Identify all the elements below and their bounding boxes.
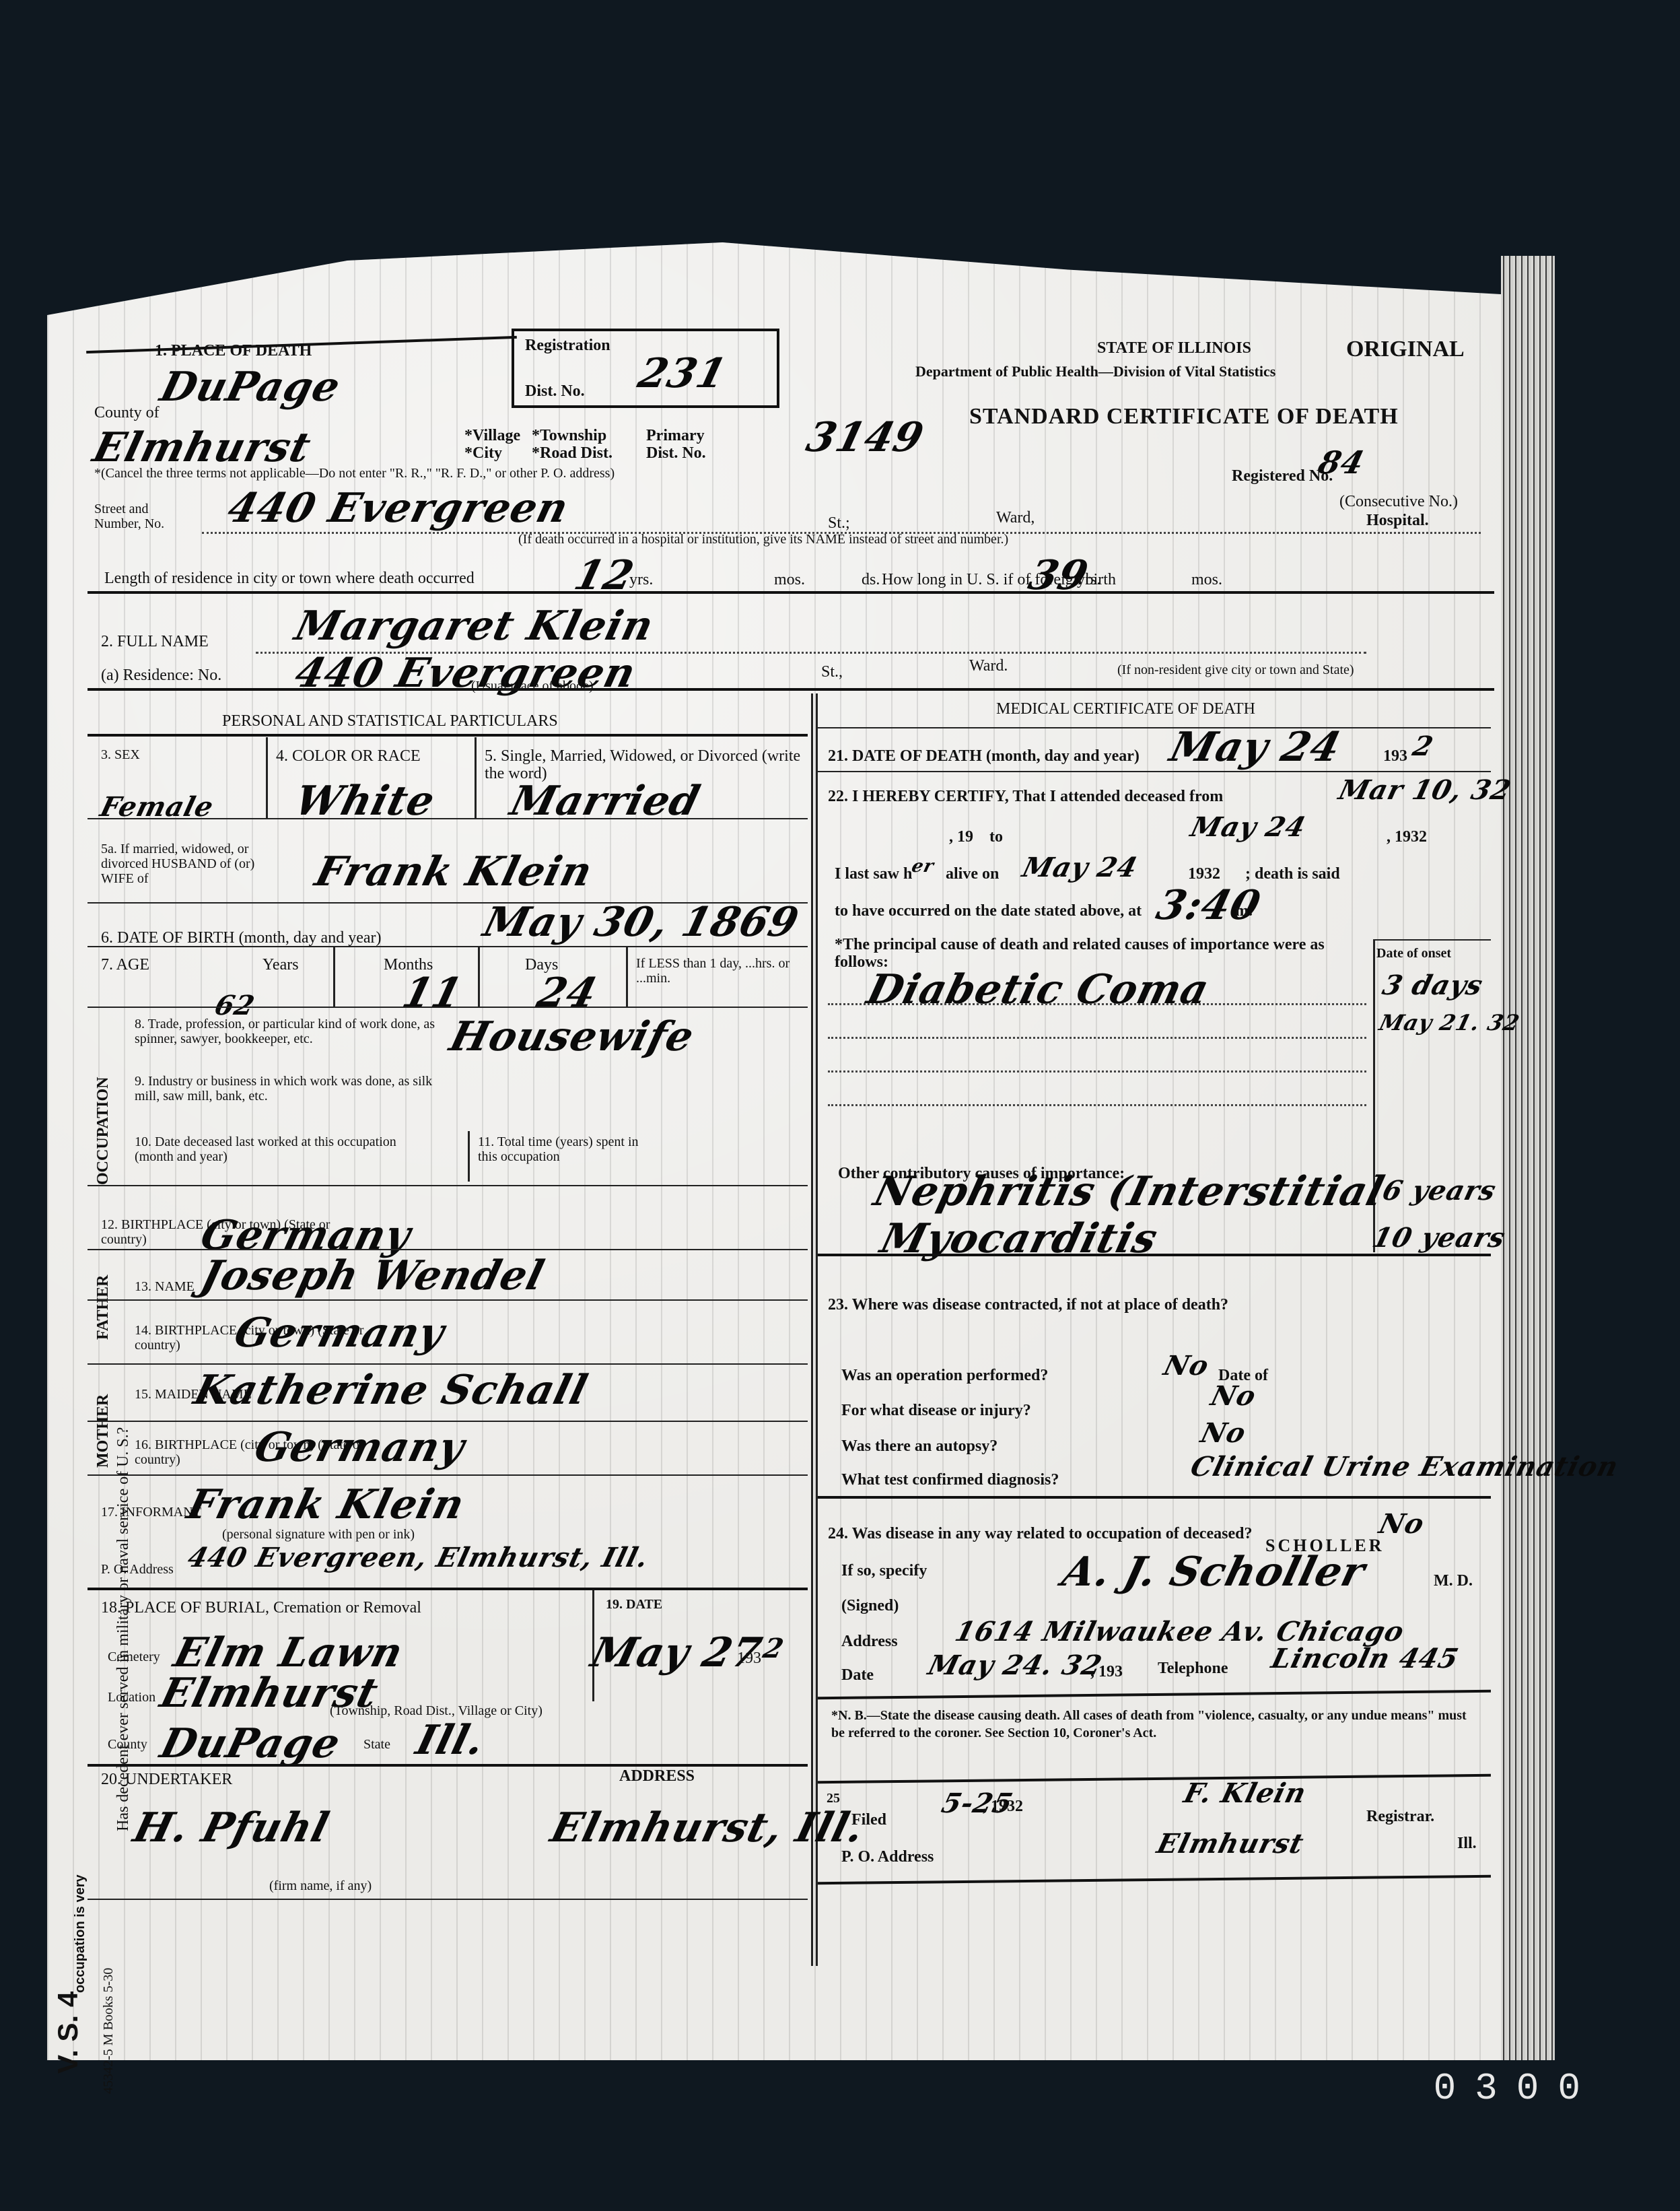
primary-dist-no: 3149 <box>802 414 928 461</box>
age-days: 24 <box>532 970 602 1017</box>
dob-label: 6. DATE OF BIRTH (month, day and year) <box>101 929 381 947</box>
residence-length-label: Length of residence in city or town wher… <box>104 570 475 587</box>
location-label: Location <box>108 1690 155 1705</box>
test-value: Clinical Urine Examination <box>1187 1451 1621 1483</box>
father-name: Joseph Wendel <box>196 1252 549 1299</box>
last-saw-date: May 24 <box>1019 852 1141 883</box>
yrs-label: yrs. <box>629 571 653 588</box>
road-dist-label: *Road Dist. <box>532 444 612 462</box>
department-title: Department of Public Health—Division of … <box>915 364 1275 380</box>
filed-number: 25 <box>827 1791 840 1806</box>
spouse-value: Frank Klein <box>310 848 597 895</box>
physician-address-label: Address <box>841 1633 898 1650</box>
page-edge <box>1501 256 1555 2060</box>
street-st-label: St.; <box>828 514 850 532</box>
form-title: STANDARD CERTIFICATE OF DEATH <box>969 404 1399 429</box>
undertaker-label: 20. UNDERTAKER <box>101 1771 232 1788</box>
father-name-label: 13. NAME <box>135 1279 195 1294</box>
dist-no: 231 <box>633 350 732 397</box>
age-label: 7. AGE <box>101 956 149 974</box>
burial-year-prefix: 193 <box>737 1649 761 1667</box>
abode-note: (Usual place of abode) <box>471 679 594 693</box>
informant-po-label: P. O. Address <box>101 1562 174 1577</box>
registration-label: Registration <box>525 337 610 354</box>
residence-label: (a) Residence: No. <box>101 667 221 684</box>
disease-injury-label: For what disease or injury? <box>841 1402 1031 1419</box>
autopsy-label: Was there an autopsy? <box>841 1437 998 1455</box>
disease-injury-value: No <box>1207 1380 1259 1412</box>
signature-note: (personal signature with pen or ink) <box>222 1527 415 1542</box>
trade-label: 8. Trade, profession, or particular kind… <box>135 1017 458 1046</box>
residence-ward-label: Ward. <box>969 657 1008 675</box>
principal-cause: Diabetic Coma <box>862 966 1214 1013</box>
us-yrs-label: yrs. <box>1077 571 1100 588</box>
registrar-signature: F. Klein <box>1181 1777 1310 1809</box>
alive-on-label: alive on <box>946 865 999 883</box>
residence-st-label: St., <box>821 663 843 681</box>
last-worked-label: 10. Date deceased last worked at this oc… <box>135 1134 417 1164</box>
signed-label: (Signed) <box>841 1597 899 1614</box>
hospital-label: Hospital. <box>1366 512 1429 529</box>
ds-label: ds. <box>862 571 880 588</box>
ill-label: Ill. <box>1457 1835 1477 1852</box>
q24-value: No <box>1376 1508 1428 1540</box>
registrar-po-value: Elmhurst <box>1154 1828 1307 1860</box>
mother-maiden-name: Katherine Schall <box>189 1367 592 1414</box>
informant-value: Frank Klein <box>182 1481 469 1528</box>
mother-birthplace: Germany <box>250 1424 469 1471</box>
color-label: 4. COLOR OR RACE <box>276 747 421 765</box>
dob-value: May 30, 1869 <box>479 899 804 946</box>
mos-label: mos. <box>774 571 805 588</box>
nb-note: *N. B.—State the disease causing death. … <box>831 1707 1471 1742</box>
mother-vertical-label: MOTHER <box>94 1394 112 1468</box>
street-label: Street and Number, No. <box>94 502 182 531</box>
city-value: Elmhurst <box>88 424 316 471</box>
nonresident-note: (If non-resident give city or town and S… <box>1117 662 1354 677</box>
attended-to: May 24 <box>1187 811 1309 843</box>
copy-type: ORIGINAL <box>1346 337 1465 362</box>
burial-label: 18. PLACE OF BURIAL, Cremation or Remova… <box>101 1599 421 1617</box>
informant-po-value: 440 Evergreen, Elmhurst, Ill. <box>184 1542 652 1573</box>
primary-label: Primary <box>646 427 705 444</box>
firm-note: (firm name, if any) <box>269 1878 372 1893</box>
undertaker-address-label: ADDRESS <box>619 1767 695 1785</box>
total-time-label: 11. Total time (years) spent in this occ… <box>478 1134 646 1164</box>
primary-dist-label: Dist. No. <box>646 444 706 462</box>
burial-state-label: State <box>363 1737 390 1752</box>
telephone-value: Lincoln 445 <box>1268 1643 1462 1674</box>
age-months: 11 <box>398 970 467 1017</box>
cert-date: May 24. 32 <box>925 1649 1105 1681</box>
county-value: DuPage <box>155 364 345 411</box>
city-label: *City <box>464 444 502 462</box>
father-birthplace: Germany <box>230 1309 449 1357</box>
street-value: 440 Evergreen <box>223 485 573 532</box>
death-year-prefix: 193 <box>1383 747 1407 765</box>
occupation-vertical-label: OCCUPATION <box>94 1077 112 1185</box>
cert-year-prefix: , 193 <box>1090 1663 1123 1680</box>
physician-signature: A. J. Scholler <box>1057 1549 1370 1596</box>
registered-no: 84 <box>1315 444 1368 481</box>
sex-label: 3. SEX <box>101 747 140 762</box>
attended-to-year: , 1932 <box>1387 828 1427 846</box>
margin-occupation-note: occupation is very <box>73 1874 87 1993</box>
full-name-value: Margaret Klein <box>290 603 658 650</box>
trade-value: Housewife <box>445 1013 699 1060</box>
print-info: 45342-5 M Books 5-30 <box>101 1968 116 2094</box>
autopsy-value: No <box>1197 1417 1249 1449</box>
certify-label: 22. I HEREBY CERTIFY, That I attended de… <box>828 788 1223 805</box>
filed-label: Filed <box>851 1811 886 1829</box>
undertaker-value: H. Pfuhl <box>129 1804 334 1851</box>
test-label: What test confirmed diagnosis? <box>841 1471 1059 1489</box>
last-saw-label: I last saw h <box>835 865 912 883</box>
street-ward-label: Ward, <box>996 509 1035 526</box>
principal-cause-onset: 3 days <box>1379 970 1486 1001</box>
township-label: *Township <box>532 427 606 444</box>
registrar-po-label: P. O. Address <box>841 1848 934 1866</box>
attended-to-label: to <box>989 828 1003 846</box>
form-id: V. S. 4 <box>53 1992 83 2074</box>
operation-label: Was an operation performed? <box>841 1367 1048 1384</box>
burial-state: Ill. <box>411 1717 489 1764</box>
place-of-death-label: 1. PLACE OF DEATH <box>155 342 312 360</box>
attended-nineteen: , 19 <box>949 828 973 846</box>
village-label: *Village <box>464 427 520 444</box>
specify-label: If so, specify <box>841 1562 927 1579</box>
state-title: STATE OF ILLINOIS <box>1097 339 1251 357</box>
burial-date-label: 19. DATE <box>606 1597 662 1612</box>
contributory-cause: Nephritis (Interstitial <box>869 1168 1389 1215</box>
filed-year: , 1932 <box>983 1798 1023 1815</box>
last-saw-year: 1932 <box>1188 865 1220 883</box>
burial-county: DuPage <box>155 1720 345 1767</box>
operation-value: No <box>1160 1350 1212 1382</box>
spouse-label: 5a. If married, widowed, or divorced HUS… <box>101 842 276 886</box>
date-of-death-label: 21. DATE OF DEATH (month, day and year) <box>828 747 1140 765</box>
location-note: (Township, Road Dist., Village or City) <box>330 1703 542 1718</box>
personal-section-title: PERSONAL AND STATISTICAL PARTICULARS <box>222 712 558 730</box>
us-mos-label: mos. <box>1191 571 1222 588</box>
full-name-label: 2. FULL NAME <box>101 633 209 650</box>
onset-header: Date of onset <box>1376 946 1451 961</box>
film-frame-number: 0300 <box>1434 2067 1599 2110</box>
consecutive-no-label: (Consecutive No.) <box>1339 493 1458 510</box>
contributory-cause-onset: 6 years <box>1379 1175 1500 1206</box>
registrar-label: Registrar. <box>1366 1808 1434 1825</box>
cancel-note: *(Cancel the three terms not applicable—… <box>94 466 615 481</box>
hospital-note: (If death occurred in a hospital or inst… <box>518 532 1008 547</box>
industry-label: 9. Industry or business in which work wa… <box>135 1074 458 1103</box>
cemetery-label: Cemetery <box>108 1649 160 1664</box>
occurred-label: to have occurred on the date stated abov… <box>835 902 1142 920</box>
telephone-label: Telephone <box>1158 1660 1228 1677</box>
date-of-death: May 24 <box>1165 724 1345 771</box>
contributory-cause-onset: 10 years <box>1369 1222 1509 1254</box>
age-years-label: Years <box>262 956 299 974</box>
death-said-label: ; death is said <box>1245 865 1340 883</box>
cert-date-label: Date <box>841 1666 874 1684</box>
principal-cause-onset-2: May 21. 32 <box>1376 1010 1523 1035</box>
q24-label: 24. Was disease in any way related to oc… <box>828 1525 1252 1542</box>
m-label: m. <box>1235 902 1253 920</box>
less-than-label: If LESS than 1 day, ...hrs. or ...min. <box>636 956 804 986</box>
md-label: M. D. <box>1434 1572 1473 1590</box>
attended-from: Mar 10, 32 <box>1335 774 1514 806</box>
medical-section-title: MEDICAL CERTIFICATE OF DEATH <box>996 700 1255 718</box>
father-vertical-label: FATHER <box>94 1275 112 1340</box>
q23-label: 23. Where was disease contracted, if not… <box>828 1296 1228 1314</box>
dist-no-label: Dist. No. <box>525 382 585 400</box>
burial-county-label: County <box>108 1737 147 1752</box>
county-label: County of <box>94 404 160 421</box>
undertaker-address: Elmhurst, Ill. <box>546 1804 869 1851</box>
